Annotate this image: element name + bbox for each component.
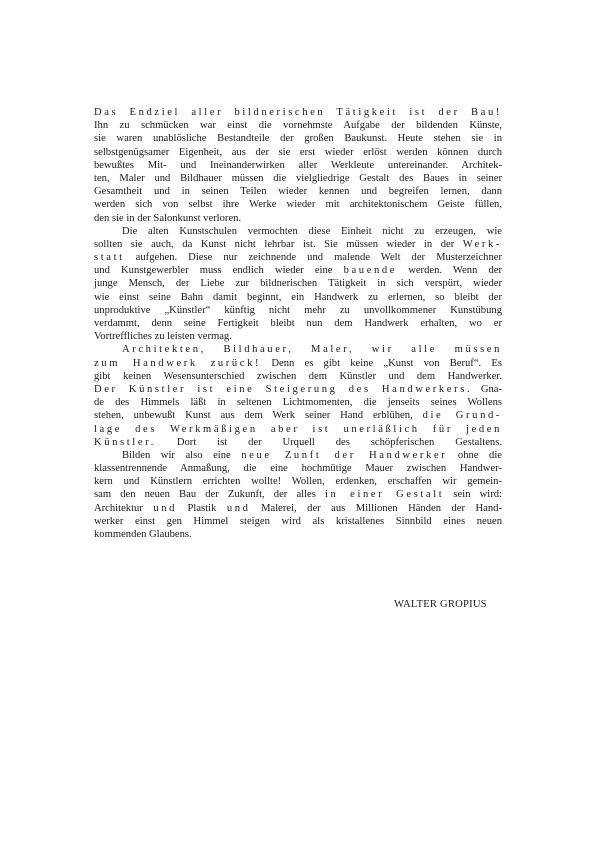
text-segment: ohne die: [447, 450, 502, 461]
text-line: Künstler. Dort ist der Urquell des schöp…: [94, 436, 502, 449]
text-segment: selbstgenügsamer Eigenheit, aus der sie …: [94, 147, 502, 158]
text-line: den sie in der Salonkunst verloren.: [94, 212, 502, 225]
text-line: zum Handwerk zurück! Denn es gibt keine …: [94, 357, 502, 370]
text-line: statt aufgehen. Diese nur zeichnende und…: [94, 251, 502, 264]
spaced-emphasis: lage des Werkmäßigen aber ist unerläßlic…: [94, 424, 502, 435]
text-line: sam den neuen Bau der Zukunft, der alles…: [94, 488, 502, 501]
text-line: Ihn zu schmücken war einst die vornehmst…: [94, 119, 502, 132]
spaced-emphasis: zum Handwerk zurück!: [94, 358, 261, 369]
text-line: Das Endziel aller bildnerischen Tätigkei…: [94, 106, 502, 119]
text-segment: sam den neuen Bau der Zukunft, der alles: [94, 489, 325, 500]
text-segment: kern und Künstlern errichten wollte! Wol…: [94, 476, 502, 487]
text-segment: Denn es gibt keine „Kunst von Beruf“. Es: [261, 358, 502, 369]
text-line: und Kunstgewerbler muss endlich wieder e…: [94, 264, 502, 277]
text-line: selbstgenügsamer Eigenheit, aus der sie …: [94, 146, 502, 159]
text-line: wie einst seine Bahn damit beginnt, ein …: [94, 291, 502, 304]
text-segment: ten, Maler und Bildhauer müssen die viel…: [94, 173, 502, 184]
text-segment: Malerei, der aus Millionen Händen der Ha…: [251, 503, 502, 514]
text-segment: und Kunstgewerbler muss endlich wieder e…: [94, 265, 344, 276]
text-line: lage des Werkmäßigen aber ist unerläßlic…: [94, 423, 502, 436]
text-segment: gibt keinen Wesensunterschied zwischen d…: [94, 371, 502, 382]
spaced-emphasis: neue Zunft der Handwerker: [241, 450, 447, 461]
text-segment: werden sich von selbst ihre Werke wieder…: [94, 199, 502, 210]
text-line: ten, Maler und Bildhauer müssen die viel…: [94, 172, 502, 185]
text-segment: stehen, unbewußt Kunst aus dem Werk sein…: [94, 410, 423, 421]
spaced-emphasis: die Grund-: [423, 410, 502, 421]
signature: WALTER GROPIUS: [394, 599, 487, 610]
text-segment: verdammt, denn seine Fertigkeit bleibt n…: [94, 318, 502, 329]
text-segment: Gna-: [472, 384, 502, 395]
text-segment: sollten sie auch, da Kunst nicht lehrbar…: [94, 239, 463, 250]
text-segment: unproduktive „Künstler“ künftig nicht me…: [94, 305, 502, 316]
text-segment: Bilden wir also eine: [122, 450, 241, 461]
text-line: werden sich von selbst ihre Werke wieder…: [94, 198, 502, 211]
spaced-emphasis: Architekten, Bildhauer, Maler, wir alle …: [122, 344, 502, 355]
text-segment: wie einst seine Bahn damit beginnt, ein …: [94, 292, 502, 303]
manifesto-body: Das Endziel aller bildnerischen Tätigkei…: [94, 106, 502, 541]
spaced-emphasis: und: [153, 503, 177, 514]
text-line: sie waren unablösliche Bestandteile der …: [94, 132, 502, 145]
text-line: klassentrennende Anmaßung, die eine hoch…: [94, 462, 502, 475]
spaced-emphasis: Werk-: [463, 239, 502, 250]
spaced-emphasis: in einer Gestalt: [325, 489, 444, 500]
text-segment: werden. Wenn der: [397, 265, 502, 276]
text-segment: bewußtes Mit- und Ineinanderwirken aller…: [94, 160, 502, 171]
text-segment: werker einst gen Himmel steigen wird als…: [94, 516, 502, 527]
text-segment: klassentrennende Anmaßung, die eine hoch…: [94, 463, 502, 474]
spaced-emphasis: statt: [94, 252, 125, 263]
text-segment: Gesamtheit und in seinen Teilen wieder k…: [94, 186, 502, 197]
text-segment: Plastik: [177, 503, 227, 514]
text-line: verdammt, denn seine Fertigkeit bleibt n…: [94, 317, 502, 330]
text-segment: Dort ist der Urquell des schöpferischen …: [156, 437, 502, 448]
text-line: Bilden wir also eine neue Zunft der Hand…: [94, 449, 502, 462]
spaced-emphasis: Das Endziel aller bildnerischen Tätigkei…: [94, 107, 502, 118]
spaced-emphasis: und: [227, 503, 251, 514]
text-segment: kommenden Glaubens.: [94, 529, 192, 540]
spaced-emphasis: bauende: [344, 265, 398, 276]
text-line: Vortreffliches zu leisten vermag.: [94, 330, 502, 343]
text-line: Die alten Kunstschulen vermochten diese …: [94, 225, 502, 238]
text-segment: sie waren unablösliche Bestandteile der …: [94, 133, 502, 144]
text-line: Gesamtheit und in seinen Teilen wieder k…: [94, 185, 502, 198]
text-segment: Die alten Kunstschulen vermochten diese …: [122, 226, 502, 237]
text-line: kommenden Glaubens.: [94, 528, 502, 541]
spaced-emphasis: Künstler.: [94, 437, 156, 448]
text-segment: aufgehen. Diese nur zeichnende und malen…: [125, 252, 502, 263]
text-segment: Vortreffliches zu leisten vermag.: [94, 331, 232, 342]
text-line: Architekten, Bildhauer, Maler, wir alle …: [94, 343, 502, 356]
text-line: gibt keinen Wesensunterschied zwischen d…: [94, 370, 502, 383]
text-segment: den sie in der Salonkunst verloren.: [94, 213, 241, 224]
text-segment: sein wird:: [444, 489, 502, 500]
text-line: junge Mensch, der Liebe zur bildnerische…: [94, 277, 502, 290]
text-line: Architektur und Plastik und Malerei, der…: [94, 502, 502, 515]
text-segment: Ihn zu schmücken war einst die vornehmst…: [94, 120, 502, 131]
text-line: Der Künstler ist eine Steigerung des Han…: [94, 383, 502, 396]
spaced-emphasis: Der Künstler ist eine Steigerung des Han…: [94, 384, 472, 395]
text-line: de des Himmels läßt in seltenen Lichtmom…: [94, 396, 502, 409]
text-line: sollten sie auch, da Kunst nicht lehrbar…: [94, 238, 502, 251]
text-line: unproduktive „Künstler“ künftig nicht me…: [94, 304, 502, 317]
text-segment: Architektur: [94, 503, 153, 514]
text-line: stehen, unbewußt Kunst aus dem Werk sein…: [94, 409, 502, 422]
text-segment: de des Himmels läßt in seltenen Lichtmom…: [94, 397, 502, 408]
text-line: kern und Künstlern errichten wollte! Wol…: [94, 475, 502, 488]
text-line: bewußtes Mit- und Ineinanderwirken aller…: [94, 159, 502, 172]
text-line: werker einst gen Himmel steigen wird als…: [94, 515, 502, 528]
text-segment: junge Mensch, der Liebe zur bildnerische…: [94, 278, 502, 289]
